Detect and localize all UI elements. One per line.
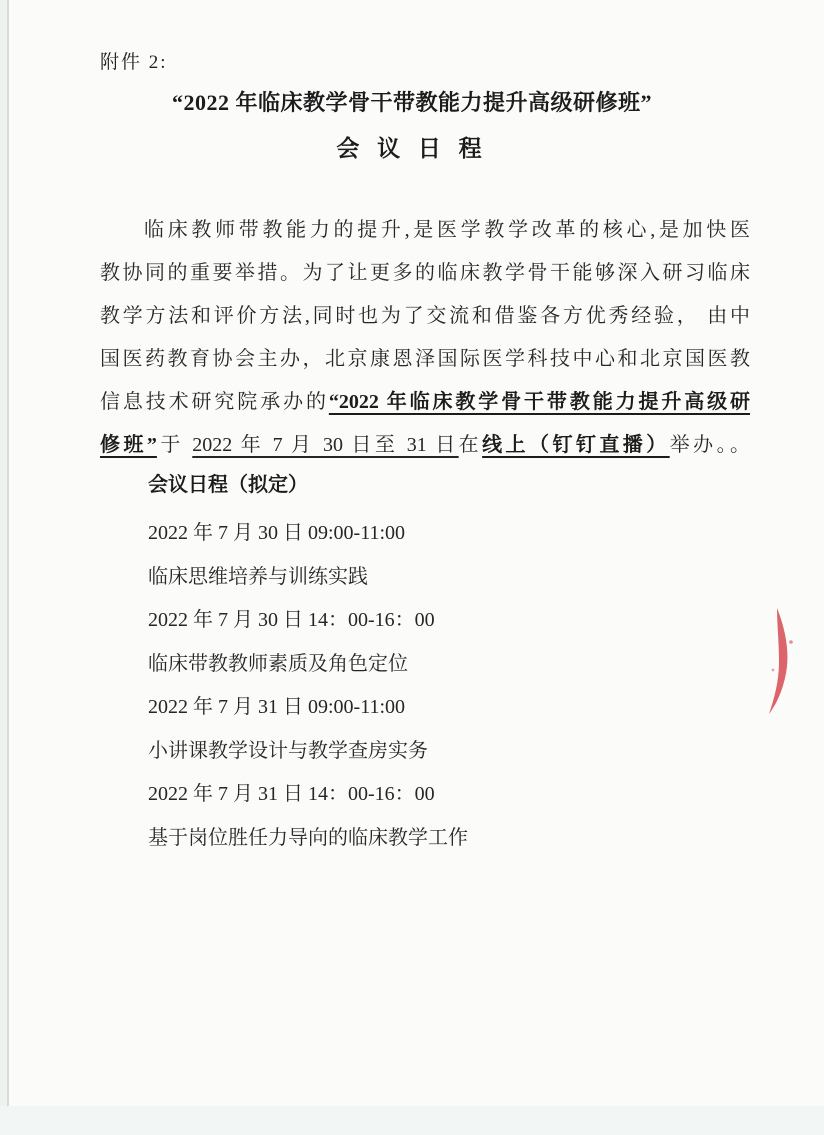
venue-emphasis: 线上（钉钉直播） <box>482 434 670 456</box>
paragraph-line: 临床教师带教能力的提升,是医学教学改革的核心,是加快医 <box>100 209 750 252</box>
document-subtitle: 会 议 日 程 <box>0 130 824 163</box>
schedule-time: 2022 年 7 月 31 日 14：00-16：00 <box>148 773 708 817</box>
paragraph-text: 教协同的重要举措。为了让更多的临床教学骨干能够深入研习临床 <box>100 262 750 284</box>
red-pen-stroke <box>769 608 787 714</box>
paragraph-line: 教学方法和评价方法,同时也为了交流和借鉴各方优秀经验， 由中 <box>100 295 750 338</box>
paragraph-text: 国医药教育协会主办，北京康恩泽国际医学科技中心和北京国医教 <box>100 348 750 370</box>
schedule-time: 2022 年 7 月 31 日 09:00-11:00 <box>148 686 708 730</box>
paragraph-text: 教学方法和评价方法,同时也为了交流和借鉴各方优秀经验， 由中 <box>100 305 750 327</box>
schedule-topic: 小讲课教学设计与教学查房实务 <box>148 730 708 774</box>
schedule-time: 2022 年 7 月 30 日 09:00-11:00 <box>148 512 708 556</box>
attachment-label: 附件 2: <box>100 47 168 74</box>
scan-bottom-band <box>0 1106 824 1135</box>
paragraph-text: 在 <box>459 434 482 456</box>
paragraph-line: 修班”于 2022 年 7 月 30 日至 31 日在线上（钉钉直播）举办。。 <box>100 424 750 467</box>
scan-edge-line <box>7 0 9 1135</box>
schedule-topic: 基于岗位胜任力导向的临床教学工作 <box>148 817 708 861</box>
paragraph-line: 信息技术研究院承办的“2022 年临床教学骨干带教能力提升高级研 <box>100 381 750 424</box>
paragraph-text: 举办。。 <box>670 434 750 456</box>
paragraph-text: 临床教师带教能力的提升,是医学教学改革的核心,是加快医 <box>144 219 750 241</box>
course-name-emphasis: “2022 年临床教学骨干带教能力提升高级研 <box>329 391 750 413</box>
intro-paragraph: 临床教师带教能力的提升,是医学教学改革的核心,是加快医 教协同的重要举措。为了让… <box>100 209 750 467</box>
course-name-emphasis: 修班” <box>100 434 157 456</box>
agenda-heading: 会议日程（拟定） <box>148 468 308 497</box>
red-pen-mark <box>764 604 796 718</box>
event-dates-underlined: 2022 年 7 月 30 日至 31 日 <box>192 434 458 456</box>
agenda-schedule: 2022 年 7 月 30 日 09:00-11:00 临床思维培养与训练实践 … <box>148 512 708 860</box>
scan-edge-strip <box>0 0 7 1135</box>
paragraph-line: 国医药教育协会主办，北京康恩泽国际医学科技中心和北京国医教 <box>100 338 750 381</box>
scanned-document-page: 附件 2: “2022 年临床教学骨干带教能力提升高级研修班” 会 议 日 程 … <box>0 0 824 1135</box>
document-title: “2022 年临床教学骨干带教能力提升高级研修班” <box>0 86 824 117</box>
paragraph-line: 教协同的重要举措。为了让更多的临床教学骨干能够深入研习临床 <box>100 252 750 295</box>
paragraph-text: 信息技术研究院承办的 <box>100 391 329 413</box>
red-pen-speck <box>789 640 793 644</box>
schedule-time: 2022 年 7 月 30 日 14：00-16：00 <box>148 599 708 643</box>
schedule-topic: 临床思维培养与训练实践 <box>148 556 708 600</box>
paragraph-text: 于 <box>157 434 192 456</box>
red-pen-speck <box>772 669 775 672</box>
schedule-topic: 临床带教教师素质及角色定位 <box>148 643 708 687</box>
